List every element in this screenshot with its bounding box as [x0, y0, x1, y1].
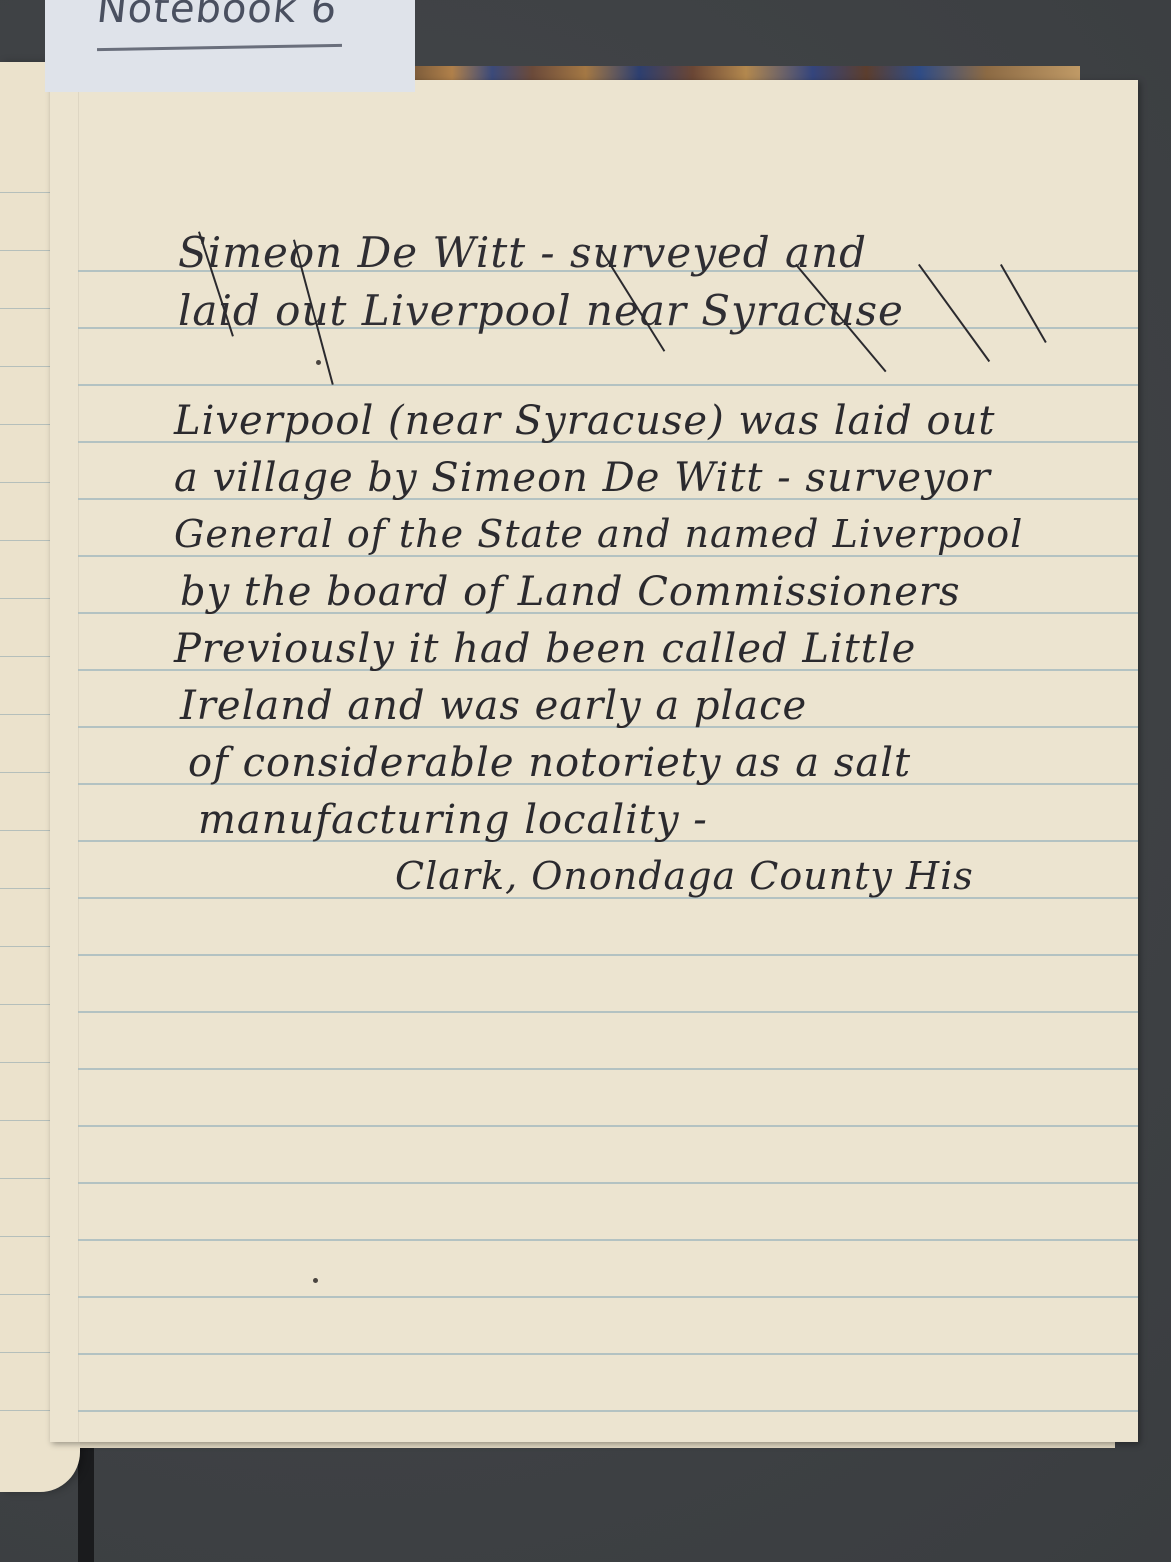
rule-line	[78, 1125, 1138, 1127]
rule-line	[78, 954, 1138, 956]
rule-line	[78, 1239, 1138, 1241]
rule-line	[78, 1353, 1138, 1355]
rule-line	[78, 384, 1138, 386]
entry-line-8: manufacturing locality -	[198, 797, 708, 843]
rule-line	[78, 1410, 1138, 1412]
page-gutter	[78, 80, 79, 1442]
entry-line-5: Previously it had been called Little	[174, 626, 916, 672]
ink-dot	[313, 1278, 318, 1283]
spine-shadow	[78, 1440, 94, 1562]
rule-line	[78, 1068, 1138, 1070]
entry-line-6: Ireland and was early a place	[180, 683, 807, 729]
label-underline	[97, 44, 342, 51]
entry-line-4: by the board of Land Commissioners	[180, 569, 961, 615]
ink-dot	[316, 360, 321, 365]
notebook-page: Simeon De Witt - surveyed and laid out L…	[50, 80, 1138, 1442]
rule-line	[78, 1011, 1138, 1013]
citation-source: Clark, Onondaga County His	[395, 854, 974, 898]
entry-line-3: General of the State and named Liverpool	[174, 512, 1023, 556]
entry-line-2: a village by Simeon De Witt - surveyor	[174, 455, 991, 501]
rule-line	[78, 1296, 1138, 1298]
rule-line	[78, 1182, 1138, 1184]
strike-mark	[918, 264, 990, 362]
crossed-out-line-2: laid out Liverpool near Syracuse	[178, 286, 904, 335]
entry-line-7: of considerable notoriety as a salt	[188, 740, 911, 786]
entry-line-1: Liverpool (near Syracuse) was laid out	[174, 398, 995, 444]
strike-mark	[1000, 264, 1047, 343]
notebook-label-tag: Notebook 6	[45, 0, 415, 92]
crossed-out-line-1: Simeon De Witt - surveyed and	[178, 228, 867, 277]
notebook-label-text: Notebook 6	[95, 0, 340, 32]
